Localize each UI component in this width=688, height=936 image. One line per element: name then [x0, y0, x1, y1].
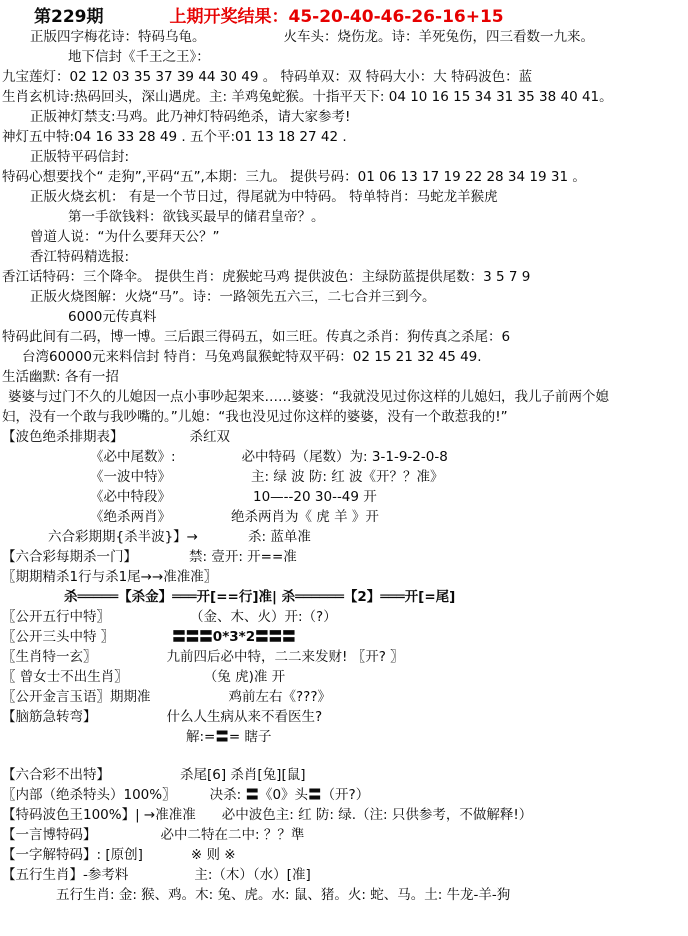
text-line: 妇，没有一个敢与我吵嘴的。”儿媳：“我也没见过你这样的婆婆，没有一个敢惹我的!”: [0, 407, 688, 427]
text-line: 特码此间有二码，博一博。三后跟三得码五，如三旺。传真之杀肖：狗传真之杀尾：6: [0, 327, 688, 347]
text-line: 生肖玄机诗:热码回头，深山遇虎。主: 羊鸡兔蛇猴。十指平天下: 04 10 16…: [0, 87, 688, 107]
text-line: 【脑筋急转弯】什么人生病从来不看医生?: [0, 707, 688, 727]
text-segment: 【六合彩每期杀一门】: [2, 547, 137, 567]
text-segment: 五行生肖: 金: 猴、鸡。木: 兔、虎。水: 鼠、猪。火: 蛇、马。土: 牛龙-…: [56, 885, 510, 905]
text-segment: 主:（木）（水）[准]: [194, 865, 310, 885]
text-segment: 【脑筋急转弯】: [2, 707, 97, 727]
text-line: 〖公开五行中特〗（金、木、火）开:（?）: [0, 607, 688, 627]
text-line: 台湾60000元来料信封 特肖：马兔鸡鼠猴蛇特双平码：02 15 21 32 4…: [0, 347, 688, 367]
text-line: 杀═════【杀金】═══开[==行]准| 杀══════【2】═══开[=尾]: [0, 587, 688, 607]
text-segment: 正版四字梅花诗：特码乌龟。: [30, 27, 206, 47]
text-segment: 特码心想要找个“ 走狗”,平码“五”,本期：三九。 提供号码：01 06 13 …: [2, 167, 586, 187]
text-segment: 〖生肖特一玄〗: [2, 647, 97, 667]
text-segment: 香江话特码：三个降伞。 提供生肖：虎猴蛇马鸡 提供波色：主绿防蓝提供尾数：3 5…: [2, 267, 530, 287]
text-segment: 10—--20 30--49 开: [253, 487, 377, 507]
text-segment: 生活幽默: 各有一招: [2, 367, 119, 387]
text-segment: 什么人生病从来不看医生?: [167, 707, 323, 727]
text-segment: 六合彩期期{杀半波}】→: [48, 527, 198, 547]
text-segment: 〖公开五行中特〗: [2, 607, 110, 627]
text-segment: 【五行生肖】-参考料: [2, 865, 128, 885]
text-segment: 九宝莲灯：02 12 03 35 37 39 44 30 49 。 特码单双：双…: [2, 67, 532, 87]
issue-number: 第229期: [34, 7, 104, 27]
text-segment: 杀尾[6] 杀肖[兔][鼠]: [180, 765, 305, 785]
text-line: 曾道人说：“为什么要拜天公？”: [0, 227, 688, 247]
text-line: 九宝莲灯：02 12 03 35 37 39 44 30 49 。 特码单双：双…: [0, 67, 688, 87]
text-segment: 〖公开金言玉语〗期期准: [2, 687, 151, 707]
text-line: 【六合彩每期杀一门】禁: 壹开: 开==准: [0, 547, 688, 567]
text-line: 6000元传真料: [0, 307, 688, 327]
text-line: 《一波中特》主: 绿 波 防: 红 波《开？？准》: [0, 467, 688, 487]
text-line: 解:=〓= 瞎子: [0, 727, 688, 747]
text-line: 〖公开三头中特 〗〓〓〓0*3*2〓〓〓: [0, 627, 688, 647]
text-segment: 台湾60000元来料信封 特肖：马兔鸡鼠猴蛇特双平码：02 15 21 32 4…: [22, 347, 482, 367]
text-segment: 《一波中特》: [90, 467, 171, 487]
text-line: 地下信封《千王之王》：: [0, 47, 688, 67]
text-segment: 必中波色主: 红 防: 绿.（注: 只供参考，不做解释!）: [222, 805, 533, 825]
text-line: 〖生肖特一玄〗九前四后必中特，二二来发财! 〖开? 〗: [0, 647, 688, 667]
text-segment: 鸡前左右《???》: [229, 687, 332, 707]
text-segment: 【六合彩不出特】: [2, 765, 110, 785]
text-segment: 杀═════【杀金】═══开[==行]准| 杀══════【2】═══开[=尾]: [64, 587, 455, 607]
text-line: 正版火烧玄机： 有是一个节日过，得尾就为中特码。 特单特肖：马蛇龙羊猴虎: [0, 187, 688, 207]
text-segment: 生肖玄机诗:热码回头，深山遇虎。主: 羊鸡兔蛇猴。十指平天下: 04 10 16…: [2, 87, 613, 107]
text-line: 《绝杀两肖》绝杀两肖为《 虎 羊 》开: [0, 507, 688, 527]
text-segment: 〖期期精杀1行与杀1尾→→准准准〗: [2, 567, 217, 587]
text-line: 生活幽默: 各有一招: [0, 367, 688, 387]
text-segment: 6000元传真料: [68, 307, 156, 327]
text-segment: 火车头：烧伤龙。诗：羊死兔伤，四三看数一九来。: [284, 27, 595, 47]
text-line: 【波色绝杀排期表】杀红双: [0, 427, 688, 447]
text-line: 〖期期精杀1行与杀1尾→→准准准〗: [0, 567, 688, 587]
text-line: 【一字解特码】: [原创]※ 则 ※: [0, 845, 688, 865]
text-line: 六合彩期期{杀半波}】→杀: 蓝单准: [0, 527, 688, 547]
text-segment: ※ 则 ※: [191, 845, 236, 865]
text-segment: 〖内部（绝杀特头）100%〗: [2, 785, 176, 805]
text-segment: 解:=〓= 瞎子: [186, 727, 271, 747]
text-line: 《必中特段》10—--20 30--49 开: [0, 487, 688, 507]
text-segment: 必中特码（尾数）为: 3-1-9-2-0-8: [242, 447, 448, 467]
text-line: 《必中尾数》:必中特码（尾数）为: 3-1-9-2-0-8: [0, 447, 688, 467]
text-line: 〖 曾女士不出生肖〗（兔 虎)准 开: [0, 667, 688, 687]
text-line: 正版特平码信封:: [0, 147, 688, 167]
text-segment: （兔 虎)准 开: [204, 667, 285, 687]
text-line: 【特码波色王100%】| →准准准必中波色主: 红 防: 绿.（注: 只供参考，…: [0, 805, 688, 825]
text-segment: 正版火烧图解：火烧“马”。诗：一路领先五六三，二七合并三到今。: [30, 287, 436, 307]
text-segment: 第一手欲钱料：欲钱买最早的储君皇帝？。: [68, 207, 325, 227]
text-line: 【一言博特码】必中二特在二中: ？？準: [0, 825, 688, 845]
text-line: 【六合彩不出特】杀尾[6] 杀肖[兔][鼠]: [0, 765, 688, 785]
text-segment: 妇，没有一个敢与我吵嘴的。”儿媳：“我也没见过你这样的婆婆，没有一个敢惹我的!”: [2, 407, 508, 427]
text-segment: 香江特码精选报:: [30, 247, 129, 267]
text-line: 〖公开金言玉语〗期期准鸡前左右《???》: [0, 687, 688, 707]
text-line: 正版神灯禁支:马鸡。此乃神灯特码绝杀，请大家参考!: [0, 107, 688, 127]
text-line: 香江特码精选报:: [0, 247, 688, 267]
text-segment: 杀: 蓝单准: [248, 527, 311, 547]
lottery-tip-sheet: 第229期上期开奖结果：45-20-40-46-26-16+15正版四字梅花诗：…: [0, 0, 688, 905]
text-segment: 〓〓〓0*3*2〓〓〓: [172, 627, 295, 647]
text-segment: （金、木、火）开:（?）: [190, 607, 337, 627]
text-segment: 主: 绿 波 防: 红 波《开？？准》: [251, 467, 444, 487]
text-line: 第229期上期开奖结果：45-20-40-46-26-16+15: [0, 7, 688, 27]
text-segment: 绝杀两肖为《 虎 羊 》开: [231, 507, 379, 527]
text-segment: 九前四后必中特，二二来发财! 〖开? 〗: [167, 647, 404, 667]
text-segment: 〖公开三头中特 〗: [2, 627, 114, 647]
text-line: 婆婆与过门不久的儿媳因一点小事吵起架来……婆婆：“我就没见过你这样的儿媳妇，我儿…: [0, 387, 688, 407]
text-line: 【五行生肖】-参考料主:（木）（水）[准]: [0, 865, 688, 885]
last-draw-result: 上期开奖结果：45-20-40-46-26-16+15: [170, 7, 504, 27]
text-segment: 婆婆与过门不久的儿媳因一点小事吵起架来……婆婆：“我就没见过你这样的儿媳妇，我儿…: [8, 387, 609, 407]
text-segment: 【波色绝杀排期表】: [2, 427, 124, 447]
text-segment: 【一字解特码】: [原创]: [2, 845, 143, 865]
text-segment: 【一言博特码】: [2, 825, 97, 845]
text-segment: 《必中尾数》:: [90, 447, 176, 467]
text-line: 香江话特码：三个降伞。 提供生肖：虎猴蛇马鸡 提供波色：主绿防蓝提供尾数：3 5…: [0, 267, 688, 287]
text-segment: 正版神灯禁支:马鸡。此乃神灯特码绝杀，请大家参考!: [30, 107, 350, 127]
text-line: 正版火烧图解：火烧“马”。诗：一路领先五六三，二七合并三到今。: [0, 287, 688, 307]
text-segment: 决杀: 〓《0》头〓（开?）: [210, 785, 370, 805]
text-segment: 〖 曾女士不出生肖〗: [2, 667, 128, 687]
text-segment: 正版特平码信封:: [30, 147, 129, 167]
text-segment: 特码此间有二码，博一博。三后跟三得码五，如三旺。传真之杀肖：狗传真之杀尾：6: [2, 327, 510, 347]
text-line: 特码心想要找个“ 走狗”,平码“五”,本期：三九。 提供号码：01 06 13 …: [0, 167, 688, 187]
text-line: 第一手欲钱料：欲钱买最早的储君皇帝？。: [0, 207, 688, 227]
text-segment: 《绝杀两肖》: [90, 507, 171, 527]
text-segment: 禁: 壹开: 开==准: [189, 547, 297, 567]
text-line: 〖内部（绝杀特头）100%〗决杀: 〓《0》头〓（开?）: [0, 785, 688, 805]
text-line: 五行生肖: 金: 猴、鸡。木: 兔、虎。水: 鼠、猪。火: 蛇、马。土: 牛龙-…: [0, 885, 688, 905]
text-segment: 必中二特在二中: ？？準: [161, 825, 305, 845]
text-segment: 地下信封《千王之王》：: [68, 47, 210, 67]
text-segment: 《必中特段》: [90, 487, 171, 507]
text-segment: 曾道人说：“为什么要拜天公？”: [30, 227, 220, 247]
text-segment: 正版火烧玄机： 有是一个节日过，得尾就为中特码。 特单特肖：马蛇龙羊猴虎: [30, 187, 498, 207]
text-line: 正版四字梅花诗：特码乌龟。火车头：烧伤龙。诗：羊死兔伤，四三看数一九来。: [0, 27, 688, 47]
text-line: 神灯五中特:04 16 33 28 49 . 五个平:01 13 18 27 4…: [0, 127, 688, 147]
text-segment: 杀红双: [190, 427, 231, 447]
text-segment: 【特码波色王100%】| →准准准: [2, 805, 196, 825]
text-segment: 神灯五中特:04 16 33 28 49 . 五个平:01 13 18 27 4…: [2, 127, 347, 147]
